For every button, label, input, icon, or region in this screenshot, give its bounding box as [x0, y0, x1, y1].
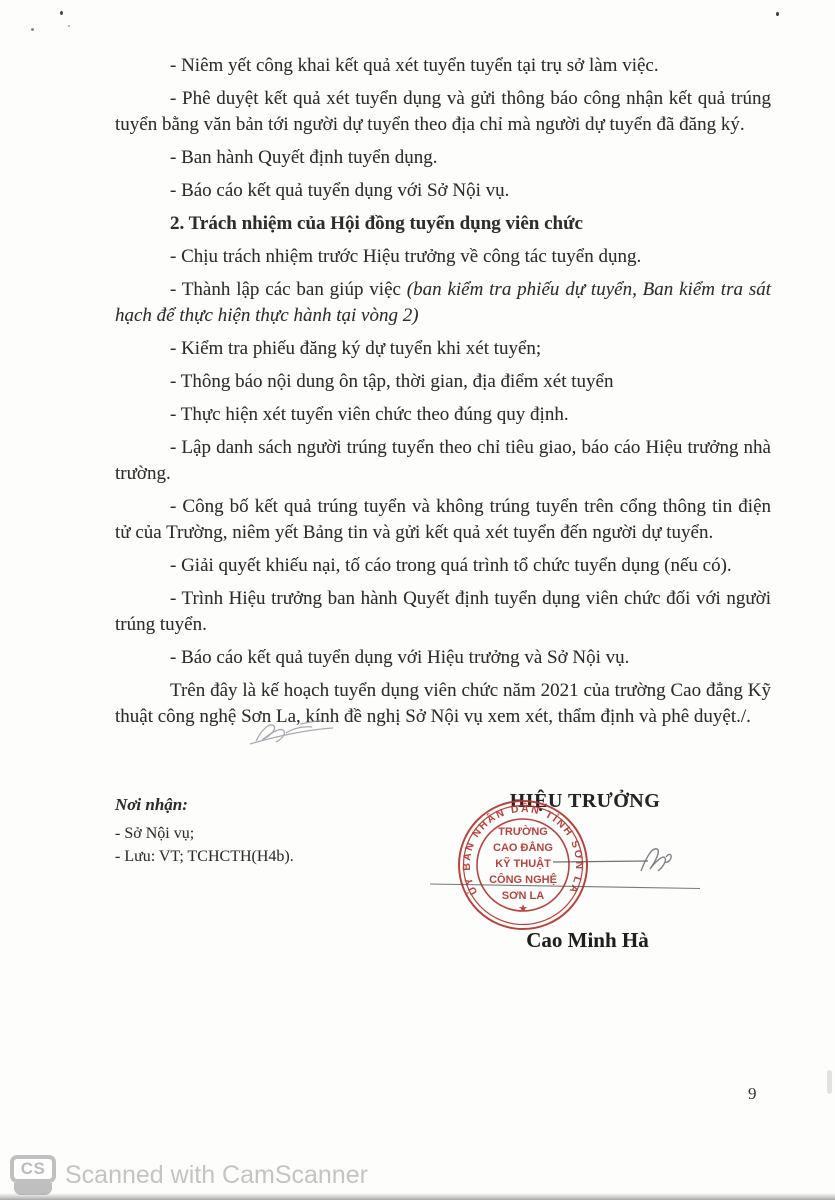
camscanner-watermark-text: Scanned with CamScanner — [65, 1161, 368, 1190]
paragraph-chiu-trach-nhiem: - Chịu trách nhiệm trước Hiệu trưởng về … — [115, 244, 771, 270]
camscanner-logo-icon: CS — [10, 1155, 56, 1195]
paragraph-thuc-hien-xet-tuyen: - Thực hiện xét tuyển viên chức theo đún… — [115, 402, 771, 428]
camscanner-logo-letters: CS — [21, 1159, 46, 1179]
paragraph-cong-bo-ket-qua: - Công bố kết quả trúng tuyển và không t… — [115, 494, 771, 546]
scan-speck — [31, 28, 34, 31]
paragraph-giai-quyet-khieu-nai: - Giải quyết khiếu nại, tố cáo trong quá… — [115, 553, 771, 579]
scanned-document-page: - Niêm yết công khai kết quả xét tuyển t… — [0, 0, 835, 1200]
page-number: 9 — [748, 1084, 757, 1104]
paragraph-kiem-tra-phieu: - Kiểm tra phiếu đăng ký dự tuyển khi xé… — [115, 336, 771, 362]
scan-speck — [68, 25, 70, 27]
stamp-line-1: TRƯỜNG — [498, 825, 548, 838]
camscanner-logo-box: CS — [10, 1155, 56, 1183]
paragraph-niem-yet: - Niêm yết công khai kết quả xét tuyển t… — [115, 53, 771, 79]
paragraph-ban-hanh: - Ban hành Quyết định tuyển dụng. — [115, 145, 771, 171]
stamp-line-4: CÔNG NGHỆ — [489, 873, 557, 886]
paragraph-thanh-lap-normal: - Thành lập các ban giúp việc — [170, 279, 407, 300]
recipients-block: Nơi nhận: - Sở Nội vụ; - Lưu: VT; TCHCTH… — [115, 795, 375, 868]
recipients-label: Nơi nhận: — [115, 795, 375, 815]
paragraph-lap-danh-sach: - Lập danh sách người trúng tuyển theo c… — [115, 435, 771, 487]
camscanner-watermark: CS Scanned with CamScanner — [10, 1155, 368, 1195]
recipient-so-noi-vu: - Sở Nội vụ; — [115, 822, 375, 845]
paragraph-ket-luan: Trên đây là kế hoạch tuyển dụng viên chứ… — [115, 678, 771, 730]
paragraph-thanh-lap: - Thành lập các ban giúp việc (ban kiểm … — [115, 277, 771, 329]
stamp-line-5: SƠN LA — [502, 890, 544, 902]
document-body: - Niêm yết công khai kết quả xét tuyển t… — [115, 53, 771, 737]
scan-speck — [776, 12, 779, 16]
paragraph-bao-cao-hieu-truong: - Báo cáo kết quả tuyển dụng với Hiệu tr… — [115, 645, 771, 671]
paragraph-trinh-hieu-truong: - Trình Hiệu trưởng ban hành Quyết định … — [115, 586, 771, 638]
paragraph-thong-bao-noi-dung: - Thông báo nội dung ôn tập, thời gian, … — [115, 369, 771, 395]
stamp-line-2: CAO ĐẲNG — [493, 841, 553, 854]
stamp-star-icon: ★ — [518, 902, 528, 915]
paragraph-phe-duyet-ket-qua: - Phê duyệt kết quả xét tuyển dụng và gử… — [115, 86, 771, 138]
scan-smudge — [827, 1070, 832, 1094]
paper-edge-shadow — [0, 1193, 835, 1200]
paragraph-bao-cao-so-noi-vu: - Báo cáo kết quả tuyển dụng với Sở Nội … — [115, 178, 771, 204]
official-seal-stamp: ỦY BAN NHÂN DÂN TỈNH SƠN LA TRƯỜNG CAO Đ… — [456, 798, 590, 932]
section-heading-trach-nhiem: 2. Trách nhiệm của Hội đồng tuyển dụng v… — [115, 211, 771, 237]
signature-scribble — [641, 849, 671, 871]
recipient-luu: - Lưu: VT; TCHCTH(H4b). — [115, 845, 375, 868]
stamp-line-3: KỸ THUẬT — [495, 857, 551, 870]
scan-speck — [60, 11, 63, 15]
